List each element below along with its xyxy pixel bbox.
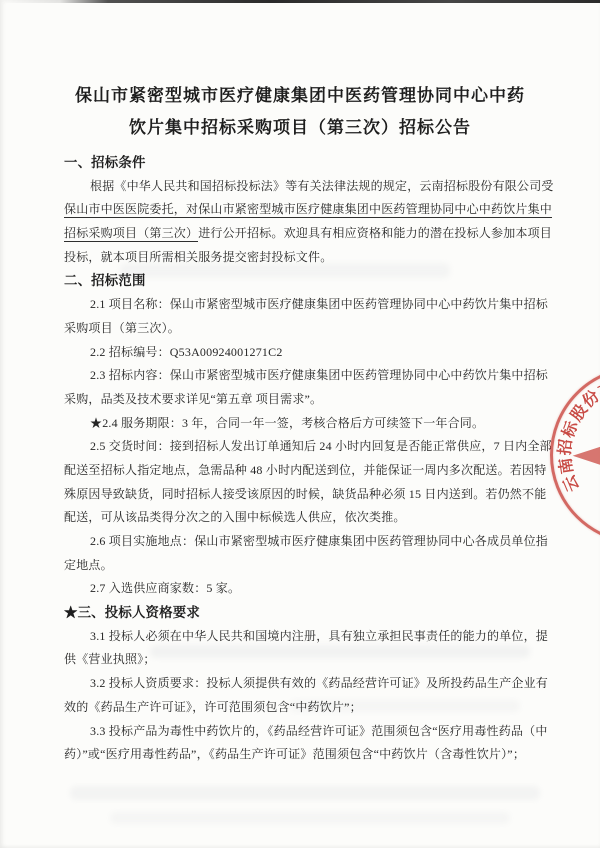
text-line: 药）”或“医疗用毒性药品”，《药品生产许可证》范围须包含“中药饮片（含毒性饮片）…: [64, 743, 556, 767]
document-body: 一、招标条件根据《中华人民共和国招标投标法》等有关法律法规的规定，云南招标股份有…: [64, 151, 556, 767]
text-line: 投标，就本项目所需相关服务提交密封投标文件。: [64, 246, 556, 270]
text-segment: 2.3 招标内容：保山市紧密型城市医疗健康集团中医药管理协同中心中药饮片集中招标: [90, 368, 548, 382]
scan-edge-artifact: [0, 0, 600, 3]
document-title-line-1: 保山市紧密型城市医疗健康集团中医药管理协同中心中药: [0, 80, 600, 112]
text-segment: ★三、投标人资格要求: [64, 605, 200, 620]
text-line: 2.5 交货时间：接到招标人发出订单通知后 24 小时内回复是否能正常供应，7 …: [64, 435, 556, 459]
text-line: 采购，品类及技术要求详见“第五章 项目需求”。: [64, 388, 556, 412]
text-segment: 供《营业执照》；: [64, 652, 156, 666]
text-line: ★2.4 服务期限：3 年，合同一年一签，考核合格后方可续签下一年合同。: [64, 412, 556, 436]
text-line: 招标采购项目（第三次）进行公开招标。欢迎具有相应资格和能力的潜在投标人参加本项目: [64, 222, 556, 246]
seal-star-icon: [556, 372, 600, 538]
bleed-through-smudge: [70, 786, 540, 800]
seal-character: 有: [594, 374, 600, 402]
text-segment: 药）”或“医疗用毒性药品”，《药品生产许可证》范围须包含“中药饮片（含毒性饮片）…: [64, 747, 525, 761]
seal-character: 南: [552, 456, 577, 475]
text-segment: 殊原因导致缺货，同时招标人接受该原因的时候，缺货品种必须 15 日内送到。若仍然…: [64, 487, 546, 501]
text-line: 配送至招标人指定地点，急需品种 48 小时内配送到位，并能保证一周内多次配送。若…: [64, 459, 556, 483]
seal-character: 股: [564, 399, 592, 425]
text-segment: 效的《药品生产许可证》，许可范围须包含“中药饮片”；: [64, 700, 362, 714]
text-segment: 配送，可从该品类得分次之的入围中标候选人供应，依次类推。: [64, 510, 406, 524]
section-heading: 一、招标条件: [64, 151, 556, 175]
document-title: 保山市紧密型城市医疗健康集团中医药管理协同中心中药 饮片集中招标采购项目（第三次…: [0, 80, 600, 144]
text-segment: 2.2 招标编号：Q53A00924001271C2: [90, 345, 283, 359]
text-segment: 2.6 项目实施地点：保山市紧密型城市医疗健康集团中医药管理协同中心各成员单位指: [90, 534, 548, 548]
text-line: 供《营业执照》；: [64, 648, 556, 672]
text-segment: 根据《中华人民共和国招标投标法》等有关法律法规的规定，云南招标股份有限公司受: [90, 179, 554, 193]
text-segment: 定地点。: [64, 558, 113, 572]
text-segment: 2.1 项目名称：保山市紧密型城市医疗健康集团中医药管理协同中心中药饮片集中招标: [90, 297, 548, 311]
text-segment: 3.3 投标产品为毒性中药饮片的，《药品经营许可证》范围须包含“医疗用毒性药品（…: [90, 724, 548, 738]
underlined-text-segment: 招标采购项目（第三次）: [64, 226, 198, 242]
seal-character: 份: [577, 384, 600, 412]
text-segment: 3.1 投标人必须在中华人民共和国境内注册，具有独立承担民事责任的能力的单位，提: [90, 629, 548, 643]
section-heading: 二、招标范围: [64, 269, 556, 293]
text-line: 3.1 投标人必须在中华人民共和国境内注册，具有独立承担民事责任的能力的单位，提: [64, 625, 556, 649]
text-line: 保山市中医医院委托，对保山市紧密型城市医疗健康集团中医药管理协同中心中药饮片集中: [64, 198, 556, 222]
section-heading: ★三、投标人资格要求: [64, 601, 556, 625]
underlined-text-segment: 保山市中医医院委托，对保山市紧密型城市医疗健康集团中医药管理协同中心中药饮片集中: [64, 202, 552, 218]
text-line: 根据《中华人民共和国招标投标法》等有关法律法规的规定，云南招标股份有限公司受: [64, 175, 556, 199]
seal-ring: [550, 366, 600, 544]
text-line: 采购项目（第三次）。: [64, 317, 556, 341]
seal-character: 云: [556, 472, 583, 496]
seal-character: 标: [555, 417, 582, 440]
text-line: 配送，可从该品类得分次之的入围中标候选人供应，依次类推。: [64, 506, 556, 530]
text-line: 3.3 投标产品为毒性中药饮片的，《药品经营许可证》范围须包含“医疗用毒性药品（…: [64, 720, 556, 744]
text-line: 3.2 投标人资质要求：投标人须提供有效的《药品经营许可证》及所投药品生产企业有: [64, 672, 556, 696]
text-line: 效的《药品生产许可证》，许可范围须包含“中药饮片”；: [64, 696, 556, 720]
document-title-line-2: 饮片集中招标采购项目（第三次）招标公告: [0, 112, 600, 144]
text-segment: 配送至招标人指定地点，急需品种 48 小时内配送到位，并能保证一周内多次配送。若…: [64, 463, 546, 477]
text-line: 2.7 入选供应商家数：5 家。: [64, 577, 556, 601]
text-line: 2.2 招标编号：Q53A00924001271C2: [64, 341, 556, 365]
text-segment: 进行公开招标。欢迎具有相应资格和能力的潜在投标人参加本项目: [198, 226, 552, 240]
text-line: 2.3 招标内容：保山市紧密型城市医疗健康集团中医药管理协同中心中药饮片集中招标: [64, 364, 556, 388]
text-segment: 2.5 交货时间：接到招标人发出订单通知后 24 小时内回复是否能正常供应，7 …: [90, 439, 552, 453]
bleed-through-smudge: [110, 812, 510, 824]
text-line: 2.6 项目实施地点：保山市紧密型城市医疗健康集团中医药管理协同中心各成员单位指: [64, 530, 556, 554]
text-segment: 采购，品类及技术要求详见“第五章 项目需求”。: [64, 392, 322, 406]
text-segment: 采购项目（第三次）。: [64, 321, 180, 335]
text-line: 2.1 项目名称：保山市紧密型城市医疗健康集团中医药管理协同中心中药饮片集中招标: [64, 293, 556, 317]
text-segment: 一、招标条件: [64, 155, 146, 170]
text-segment: 二、招标范围: [64, 273, 146, 288]
company-seal: 云南招标股份有限公司: [550, 366, 600, 544]
text-segment: ★2.4 服务期限：3 年，合同一年一签，考核合格后方可续签下一年合同。: [90, 416, 484, 430]
text-segment: 3.2 投标人资质要求：投标人须提供有效的《药品经营许可证》及所投药品生产企业有: [90, 676, 548, 690]
scanned-document-page: 保山市紧密型城市医疗健康集团中医药管理协同中心中药 饮片集中招标采购项目（第三次…: [0, 0, 600, 848]
text-segment: 投标，就本项目所需相关服务提交密封投标文件。: [64, 250, 332, 264]
text-segment: 2.7 入选供应商家数：5 家。: [90, 581, 240, 595]
text-line: 定地点。: [64, 554, 556, 578]
text-line: 殊原因导致缺货，同时招标人接受该原因的时候，缺货品种必须 15 日内送到。若仍然…: [64, 483, 556, 507]
